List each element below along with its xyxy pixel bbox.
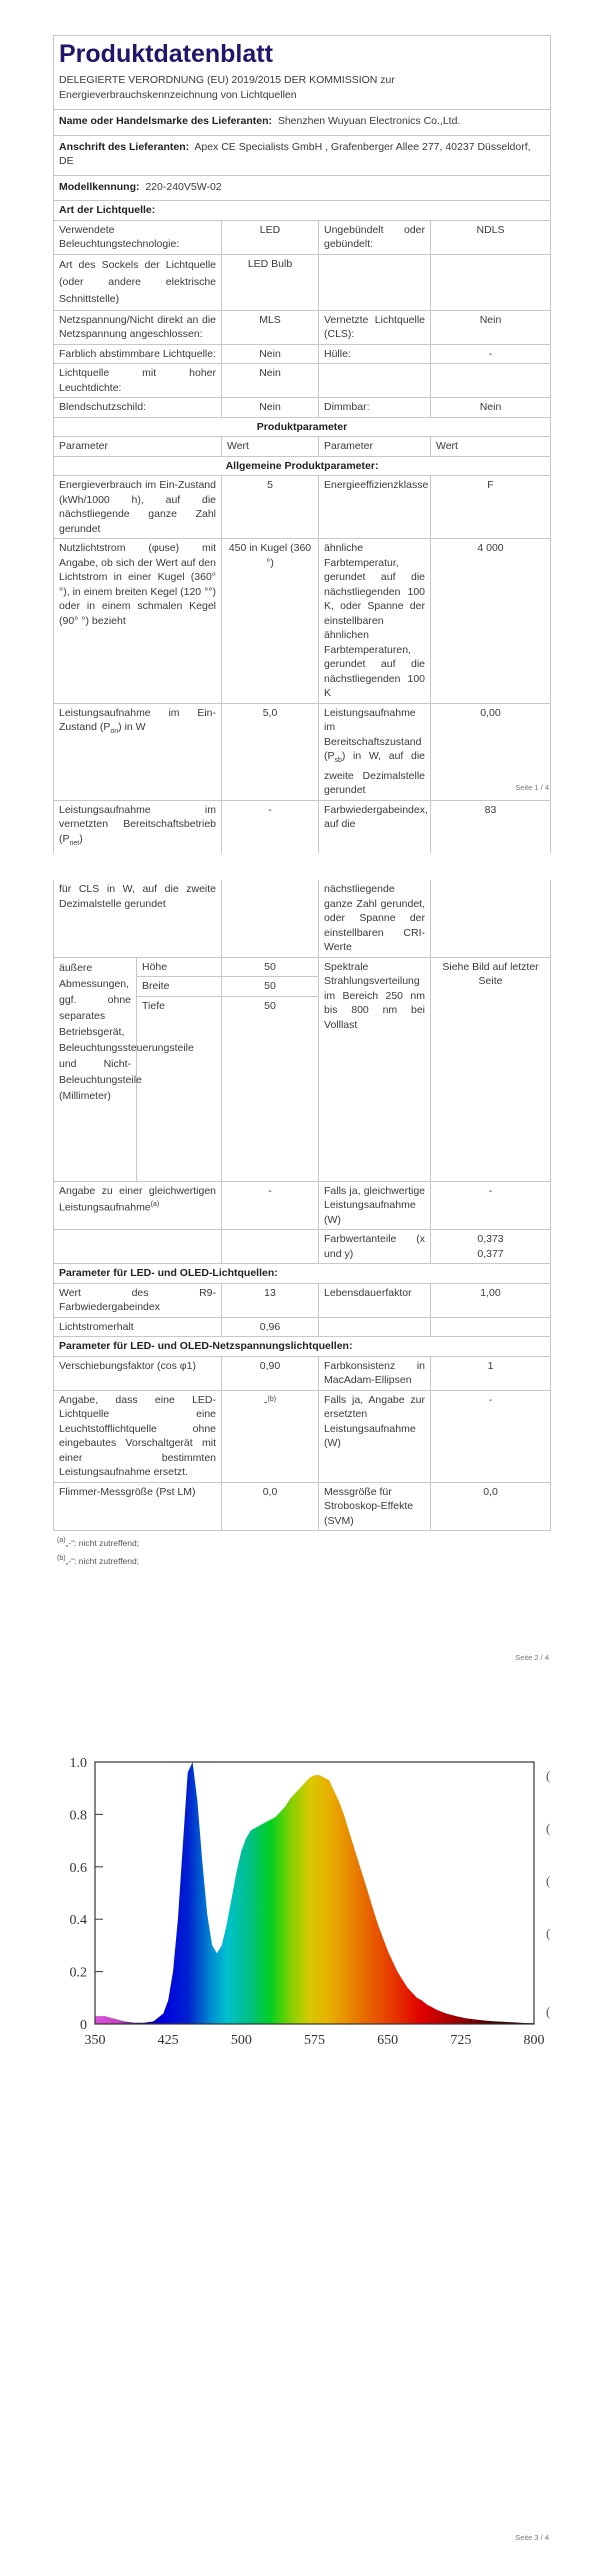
table-row: Angabe, dass eine LED-Lichtquelle eine L… [54, 1390, 551, 1482]
right-axis-label-clipped: ( [546, 1925, 550, 1940]
table-row: Farblich abstimmbare Lichtquelle: Nein H… [54, 344, 551, 364]
right-axis-label-clipped: ( [546, 1821, 550, 1836]
model-label: Modellkennung: [59, 181, 140, 193]
x-tick-label: 350 [85, 2033, 106, 2048]
y-tick-label: 0 [80, 2018, 87, 2033]
dimension-value: 50 [222, 957, 319, 977]
dimension-name: Breite [137, 977, 222, 997]
right-axis-label-clipped: ( [546, 1768, 550, 1783]
spectrum-area [95, 1762, 534, 2024]
y-tick-label: 1.0 [70, 1756, 88, 1771]
page-title: Produktdatenblatt [59, 39, 545, 69]
col-header-parameter: Parameter [319, 437, 431, 457]
table-row: Farbwertanteile (x und y) 0,3730,377 [54, 1230, 551, 1264]
x-tick-label: 800 [524, 2033, 545, 2048]
y-tick-label: 0.8 [70, 1808, 88, 1823]
col-header-parameter: Parameter [54, 437, 222, 457]
spectral-distribution-chart: 00.20.40.60.81.0350425500575650725800(((… [40, 1740, 600, 2060]
spectral-chart-svg: 00.20.40.60.81.0350425500575650725800(((… [40, 1740, 600, 2060]
table-row: Blendschutzschild: Nein Dimmbar: Nein [54, 398, 551, 418]
col-header-value: Wert [431, 437, 551, 457]
dimension-value: 50 [222, 996, 319, 1181]
table-row: Verwendete Beleuchtungstechnologie: LED … [54, 220, 551, 254]
dimensions-row: äußere Abmessungen, ggf. ohne separates … [54, 957, 551, 977]
model-value: 220-240V5W-02 [145, 181, 221, 193]
page-number: Seite 1 / 4 [515, 783, 549, 792]
led-params-heading: Parameter für LED- und OLED-Lichtquellen… [54, 1264, 551, 1284]
page-number: Seite 3 / 4 [515, 2533, 549, 2542]
supplier-name-value: Shenzhen Wuyuan Electronics Co.,Ltd. [278, 115, 461, 127]
table-row: Leistungsaufnahme im Ein-Zustand (Pon) i… [54, 703, 551, 800]
dimension-name: Tiefe [137, 996, 222, 1181]
datasheet-table: Produktdatenblatt DELEGIERTE VERORDNUNG … [53, 35, 551, 853]
header-cell: Produktdatenblatt DELEGIERTE VERORDNUNG … [54, 36, 551, 110]
table-row: Wert des R9-Farbwiedergabeindex 13 Leben… [54, 1283, 551, 1317]
x-tick-label: 500 [231, 2033, 252, 2048]
supplier-name-row: Name oder Handelsmarke des Lieferanten: … [54, 110, 551, 136]
datasheet-table-continued: für CLS in W, auf die zweite Dezimalstel… [53, 880, 551, 1531]
table-row: Leistungsaufnahme im vernetzten Bereitsc… [54, 800, 551, 853]
regulation-text: DELEGIERTE VERORDNUNG (EU) 2019/2015 DER… [59, 73, 545, 103]
supplier-address-row: Anschrift des Lieferanten: Apex CE Speci… [54, 135, 551, 175]
x-tick-label: 575 [304, 2033, 325, 2048]
dimension-name: Höhe [137, 957, 222, 977]
supplier-name-label: Name oder Handelsmarke des Lieferanten: [59, 115, 272, 127]
table-row: Lichtquelle mit hoher Leuchtdichte: Nein [54, 364, 551, 398]
mains-params-heading: Parameter für LED- und OLED-Netzspannung… [54, 1337, 551, 1357]
page-number: Seite 2 / 4 [515, 1653, 549, 1662]
right-axis-label-clipped: ( [546, 2004, 550, 2019]
dimension-value: 50 [222, 977, 319, 997]
table-row: Lichtstromerhalt 0,96 [54, 1317, 551, 1337]
dimensions-label: äußere Abmessungen, ggf. ohne separates … [54, 957, 137, 1181]
general-params-heading: Allgemeine Produktparameter: [54, 456, 551, 476]
supplier-address-label: Anschrift des Lieferanten: [59, 141, 189, 153]
page-2: für CLS in W, auf die zweite Dezimalstel… [0, 880, 603, 1660]
table-row: Flimmer-Messgröße (Pst LM) 0,0 Messgröße… [54, 1482, 551, 1531]
y-tick-label: 0.2 [70, 1966, 88, 1981]
y-tick-label: 0.6 [70, 1861, 88, 1876]
table-row: Angabe zu einer gleichwertigen Leistungs… [54, 1181, 551, 1230]
table-row: Netzspannung/Nicht direkt an die Netzspa… [54, 310, 551, 344]
footnote-b: (b)„-“: nicht zutreffend; [57, 1551, 550, 1569]
light-source-heading: Art der Lichtquelle: [54, 201, 551, 221]
table-row: Art des Sockels der Lichtquelle (oder an… [54, 254, 551, 310]
table-row: Verschiebungsfaktor (cos φ1) 0,90 Farbko… [54, 1356, 551, 1390]
spd-value: Siehe Bild auf letzter Seite [431, 957, 551, 1181]
x-tick-label: 425 [158, 2033, 179, 2048]
table-row: Energieverbrauch im Ein-Zustand (kWh/100… [54, 476, 551, 539]
column-header-row: Parameter Wert Parameter Wert [54, 437, 551, 457]
table-row: Nutzlichtstrom (φuse) mit Angabe, ob sic… [54, 539, 551, 704]
col-header-value: Wert [222, 437, 319, 457]
x-tick-label: 650 [377, 2033, 398, 2048]
right-axis-label-clipped: ( [546, 1873, 550, 1888]
product-params-heading: Produktparameter [54, 417, 551, 437]
y-tick-label: 0.4 [70, 1913, 88, 1928]
datasheet-table-page2: für CLS in W, auf die zweite Dezimalstel… [53, 880, 550, 1569]
table-row: für CLS in W, auf die zweite Dezimalstel… [54, 880, 551, 957]
page-1: Produktdatenblatt DELEGIERTE VERORDNUNG … [0, 0, 603, 800]
spd-label: Spektrale Strahlungsverteilung im Bereic… [319, 957, 431, 1181]
footnote-a: (a)„-“: nicht zutreffend; [57, 1533, 550, 1551]
datasheet-table-page1: Produktdatenblatt DELEGIERTE VERORDNUNG … [53, 35, 550, 853]
x-tick-label: 725 [450, 2033, 471, 2048]
model-row: Modellkennung: 220-240V5W-02 [54, 175, 551, 201]
